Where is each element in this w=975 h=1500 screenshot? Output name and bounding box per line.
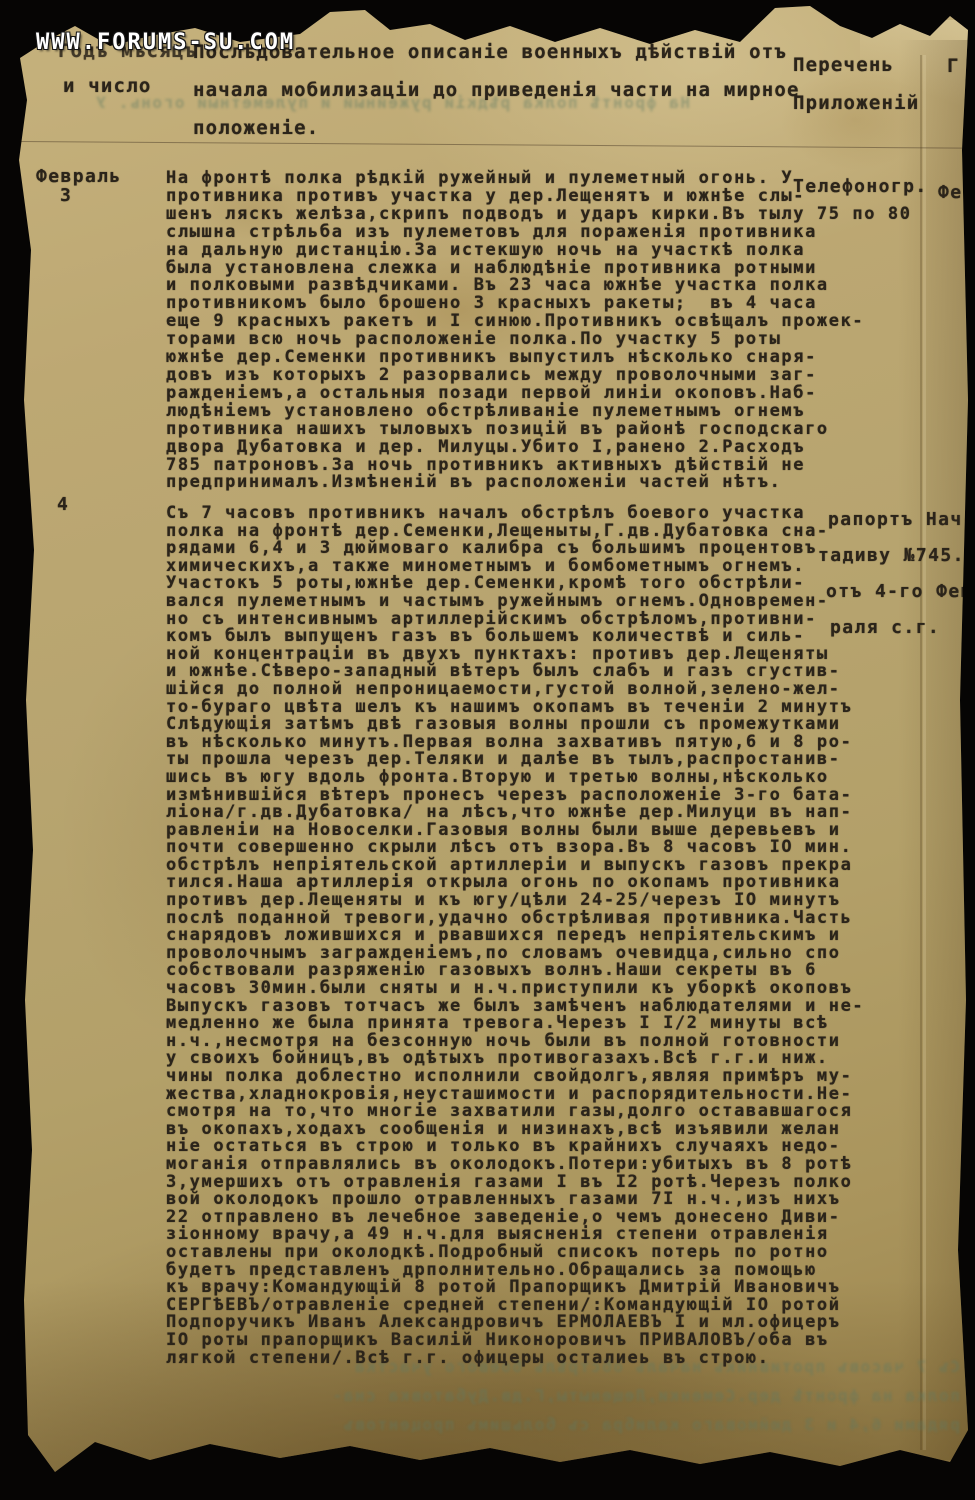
header-appendix-column: Перечень Приложеній: [793, 46, 919, 122]
header-date-column-line2: и число: [63, 75, 151, 97]
paper-sheet: На фронтѣ полка рѣдкій ружейный и пулеме…: [0, 0, 975, 1500]
entry1-day-label: 3: [60, 185, 72, 206]
header-next-column-fragment: Г: [947, 55, 960, 77]
forum-watermark: WWW.FORUMS-SU.COM: [36, 30, 295, 55]
entry2-text: Съ 7 часовъ противникъ началъ обстрѣлъ б…: [166, 505, 970, 1367]
entry1-text: На фронтѣ полка рѣдкій ружейный и пулеме…: [166, 170, 966, 492]
entry1-month-label: Февраль: [36, 166, 122, 187]
document-scan: На фронтѣ полка рѣдкій ружейный и пулеме…: [0, 0, 975, 1500]
entry2-day-label: 4: [57, 494, 69, 515]
